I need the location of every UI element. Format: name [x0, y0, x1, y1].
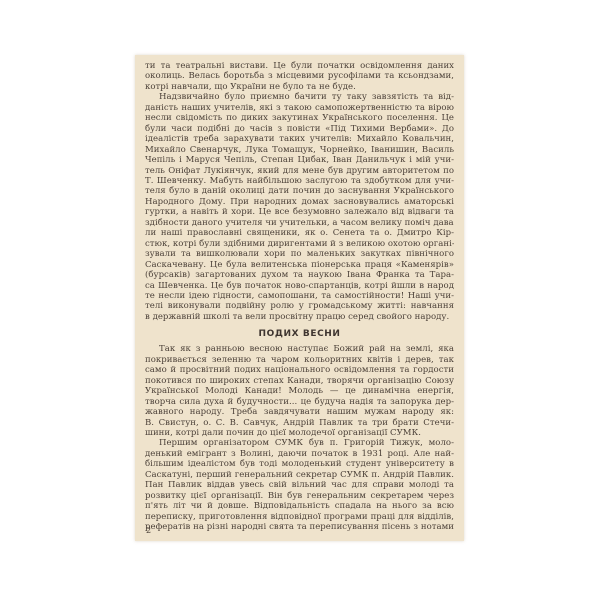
section-heading: ПОДИХ ВЕСНИ: [145, 329, 454, 339]
text-line: тель Оніфат Лукіянчук, який для мене був…: [145, 166, 454, 176]
text-line: розвитку цієї організації. Він був генер…: [145, 491, 454, 501]
text-line: даність наших учителів, які з такою само…: [145, 103, 454, 113]
text-line: В. Свистун, о. С. В. Савчук, Андрій Павл…: [145, 418, 454, 428]
text-line: жавного народу. Треба завдячувати нашим …: [145, 407, 454, 417]
text-line: Саскачевану. Це була велитенська піонерс…: [145, 260, 454, 270]
section-2-text: Так як з ранньою весною наступає Божий р…: [145, 344, 454, 532]
text-line: Так як з ранньою весною наступає Божий р…: [145, 344, 454, 354]
text-line: Саскатуні, перший генеральний секретар С…: [145, 470, 454, 480]
text-line: були часи подібні до часів з повісти «Пі…: [145, 124, 454, 134]
text-line: Михайло Свенарчук, Лука Томащук, Чорнейк…: [145, 145, 454, 155]
text-line: само й просвітний подих національного ос…: [145, 365, 454, 375]
text-line: рефератів на різні народні свята та пере…: [145, 522, 454, 532]
book-page: ти та театральні вистави. Це були початк…: [135, 55, 464, 541]
text-line: котрі навчали, що України не було та не …: [145, 82, 454, 92]
section-1-text: ти та театральні вистави. Це були початк…: [145, 61, 454, 322]
text-line: здібности даного учителя чи учительки, а…: [145, 218, 454, 228]
text-line: зували та вишколювали хори по маленьких …: [145, 249, 454, 259]
text-line: ли наші православні священики, як о. Сен…: [145, 228, 454, 238]
text-line: Першим організатором СУМК був п. Григорі…: [145, 438, 454, 448]
text-line: околиць. Велась боротьба з місцевими рус…: [145, 71, 454, 81]
text-line: стюк, котрі були здібними диригентами й …: [145, 239, 454, 249]
text-line: гуртки, а навіть й хори. Це все безумовн…: [145, 207, 454, 217]
text-line: са Шевченка. Це був початок ново-спартан…: [145, 281, 454, 291]
text-line: переписку, приготовлення відповідної про…: [145, 512, 454, 522]
text-line: денький емігрант з Волині, даючи початок…: [145, 449, 454, 459]
text-line: (бурсаків) загартованих духом та наукою …: [145, 270, 454, 280]
text-line: п'ять літ чи й довше. Відповідальність с…: [145, 501, 454, 511]
text-line: Надзвичайно було приємно бачити ту таку …: [145, 92, 454, 102]
text-line: Пан Павлик віддав увесь свій вільний час…: [145, 480, 454, 490]
text-line: несли свідомість по диких закутинах Укра…: [145, 113, 454, 123]
text-line: телі виконували подвійну ролю у громадсь…: [145, 301, 454, 311]
text-line: Народного Дому. При народних домах засно…: [145, 197, 454, 207]
text-line: ідеалістів треба зарахувати таких учител…: [145, 134, 454, 144]
text-line: покривається зеленню та чаром кольоритни…: [145, 355, 454, 365]
text-line: Чепіль і Маруся Чепіль, Степан Цибак, Ів…: [145, 155, 454, 165]
text-line: більшим ідеалістом був тоді молоденький …: [145, 459, 454, 469]
text-line: Української Молоді Канади! Молодь — це д…: [145, 386, 454, 396]
text-line: покотився по широких степах Канади, твор…: [145, 376, 454, 386]
text-line: ти та театральні вистави. Це були початк…: [145, 61, 454, 71]
text-line: те несли ідею гідности, самопошани, та с…: [145, 291, 454, 301]
text-line: творча сила духа й будучности... це буду…: [145, 397, 454, 407]
text-line: в державній школі та вели просвітну прац…: [145, 312, 454, 322]
text-line: Т. Шевченку. Мабуть найбільшою заслугою …: [145, 176, 454, 186]
text-line: шини, котрі дали почин до цієї молодечої…: [145, 428, 454, 438]
page-number: 2: [146, 526, 151, 535]
text-line: теля було в даній околиці дати почин до …: [145, 186, 454, 196]
